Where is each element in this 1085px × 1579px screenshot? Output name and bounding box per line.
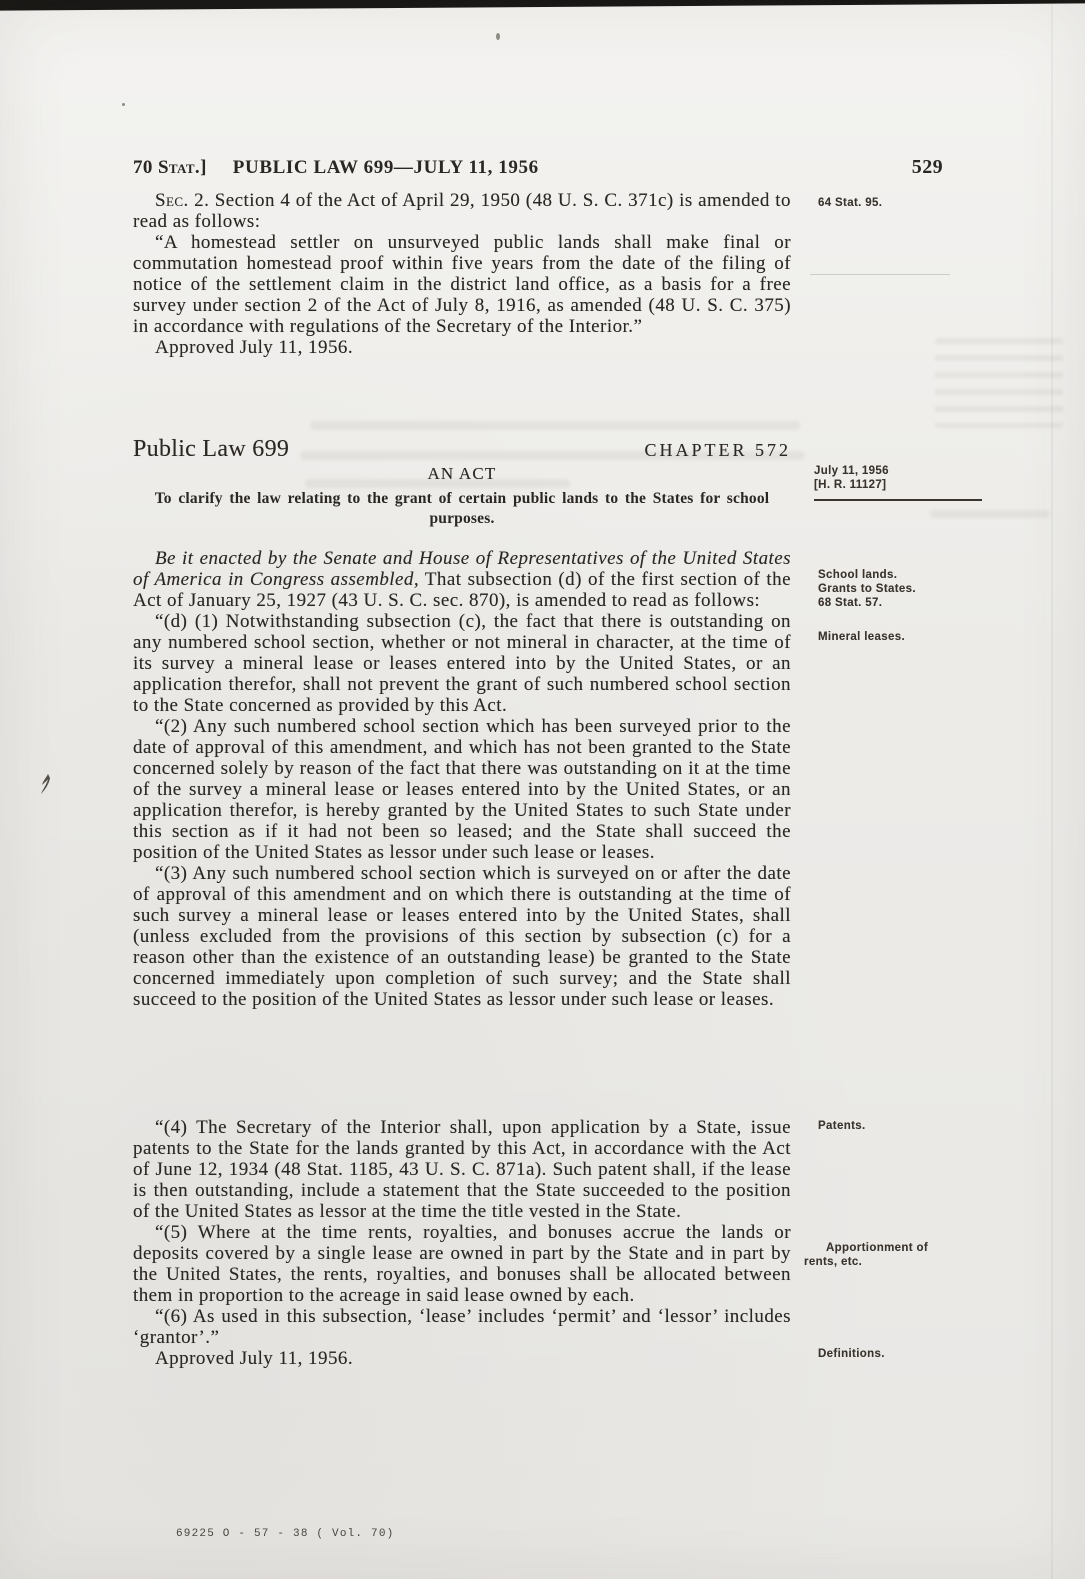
paragraph-4: “(4) The Secretary of the Interior shall… [133, 1117, 791, 1222]
running-head: 70 Stat.] PUBLIC LAW 699—JULY 11, 1956 5… [133, 156, 943, 179]
approval-line: Approved July 11, 1956. [133, 337, 791, 358]
chapter-number: CHAPTER 572 [644, 440, 791, 461]
paragraph-d1: “(d) (1) Notwithstanding subsection (c),… [133, 611, 791, 716]
paragraph-3: “(3) Any such numbered school section wh… [133, 863, 791, 1010]
paper-seam [1051, 0, 1053, 1579]
ink-fleck [496, 33, 500, 40]
paragraph-2: “(2) Any such numbered school section wh… [133, 716, 791, 863]
bleed-through-rule [810, 274, 950, 275]
section-2-quoted-text: “A homestead settler on unsurveyed publi… [133, 232, 791, 337]
act-body-block-2: “(4) The Secretary of the Interior shall… [133, 1117, 791, 1369]
pen-mark-icon [36, 772, 54, 798]
running-head-title: PUBLIC LAW 699—JULY 11, 1956 [233, 157, 912, 179]
margin-note-definitions: Definitions. [818, 1347, 1013, 1361]
enacting-clause: Be it enacted by the Senate and House of… [133, 548, 791, 611]
section-2-block: Sec. 2. Section 4 of the Act of April 29… [133, 190, 791, 358]
act-body-block-1: Be it enacted by the Senate and House of… [133, 548, 791, 1010]
section-2-intro: Sec. 2. Section 4 of the Act of April 29… [133, 190, 791, 232]
act-long-title: To clarify the law relating to the grant… [133, 489, 791, 528]
bleed-through-smudge [935, 338, 1063, 428]
volume-citation: 70 Stat.] [133, 157, 207, 179]
section-label: Sec. 2. [155, 190, 209, 211]
print-code-footer: 69225 O - 57 - 38 ( Vol. 70) [176, 1528, 394, 1540]
margin-note-64-stat: 64 Stat. 95. [818, 196, 1013, 210]
ink-fleck [122, 103, 125, 106]
margin-note-date-bill: July 11, 1956 [H. R. 11127] [814, 464, 1009, 501]
scan-top-edge [0, 0, 1085, 11]
page-number: 529 [912, 156, 943, 179]
margin-note-rule [814, 499, 982, 501]
paragraph-5: “(5) Where at the time rents, royalties,… [133, 1222, 791, 1306]
margin-note-patents: Patents. [818, 1119, 1013, 1133]
paragraph-6: “(6) As used in this subsection, ‘lease’… [133, 1306, 791, 1348]
margin-note-mineral-leases: Mineral leases. [818, 630, 1013, 644]
an-act-label: AN ACT [133, 464, 791, 484]
bleed-through-smudge [310, 421, 800, 430]
statute-page: 70 Stat.] PUBLIC LAW 699—JULY 11, 1956 5… [0, 0, 1085, 1579]
bleed-through-smudge [930, 510, 1050, 518]
approval-line: Approved July 11, 1956. [133, 1348, 791, 1369]
law-heading: Public Law 699 CHAPTER 572 [133, 436, 791, 463]
public-law-number: Public Law 699 [133, 436, 289, 463]
margin-note-school-lands: School lands. Grants to States. 68 Stat.… [818, 568, 1013, 610]
margin-note-apportionment: Apportionment of rents, etc. [804, 1241, 999, 1269]
